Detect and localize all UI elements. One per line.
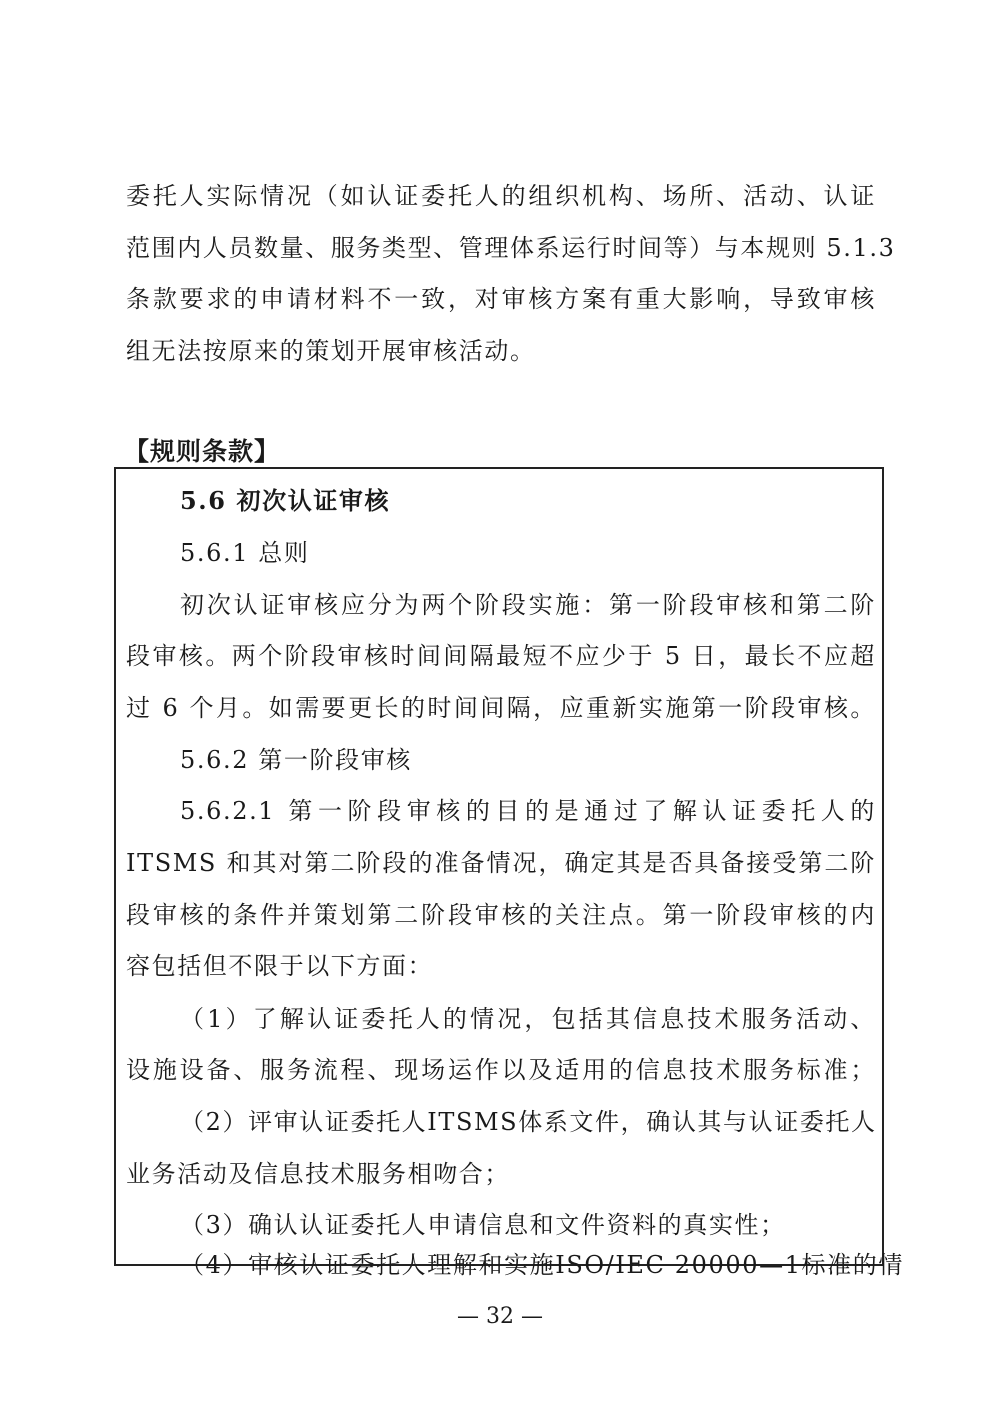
list-item-1: （1）了解认证委托人的情况，包括其信息技术服务活动、 [180,1004,876,1034]
intro-line: 委托人实际情况（如认证委托人的组织机构、场所、活动、认证 [126,181,876,211]
section-heading: 5.6 初次认证审核 [180,486,876,516]
intro-line: 组无法按原来的策划开展审核活动。 [126,336,876,366]
list-item-2: （2）评审认证委托人ITSMS体系文件，确认其与认证委托人 [180,1107,876,1137]
section-label: 【规则条款】 [124,432,280,468]
clause-line: 容包括但不限于以下方面： [126,951,876,981]
paragraph-line: 过 6 个月。如需要更长的时间间隔，应重新实施第一阶段审核。 [126,693,876,723]
subsection-heading: 5.6.1 总则 [180,538,876,568]
subsection-heading: 5.6.2 第一阶段审核 [180,745,876,775]
page-number: — 32 — [0,1304,1000,1329]
list-item-3: （3）确认认证委托人申请信息和文件资料的真实性； [180,1210,876,1240]
clause-line: 5.6.2.1 第一阶段审核的目的是通过了解认证委托人的 [180,796,876,826]
clause-line: ITSMS 和其对第二阶段的准备情况，确定其是否具备接受第二阶 [126,848,876,878]
intro-line: 条款要求的申请材料不一致，对审核方案有重大影响，导致审核 [126,284,876,314]
list-item-2-cont: 业务活动及信息技术服务相吻合； [126,1159,876,1189]
paragraph-line: 初次认证审核应分为两个阶段实施：第一阶段审核和第二阶 [180,590,876,620]
intro-line: 范围内人员数量、服务类型、管理体系运行时间等）与本规则 5.1.3 [126,233,876,263]
paragraph-line: 段审核。两个阶段审核时间间隔最短不应少于 5 日，最长不应超 [126,641,876,671]
rule-clause-box: 5.6 初次认证审核 5.6.1 总则 初次认证审核应分为两个阶段实施：第一阶段… [114,467,884,1266]
list-item-1-cont: 设施设备、服务流程、现场运作以及适用的信息技术服务标准； [126,1055,876,1085]
clause-line: 段审核的条件并策划第二阶段审核的关注点。第一阶段审核的内 [126,900,876,930]
